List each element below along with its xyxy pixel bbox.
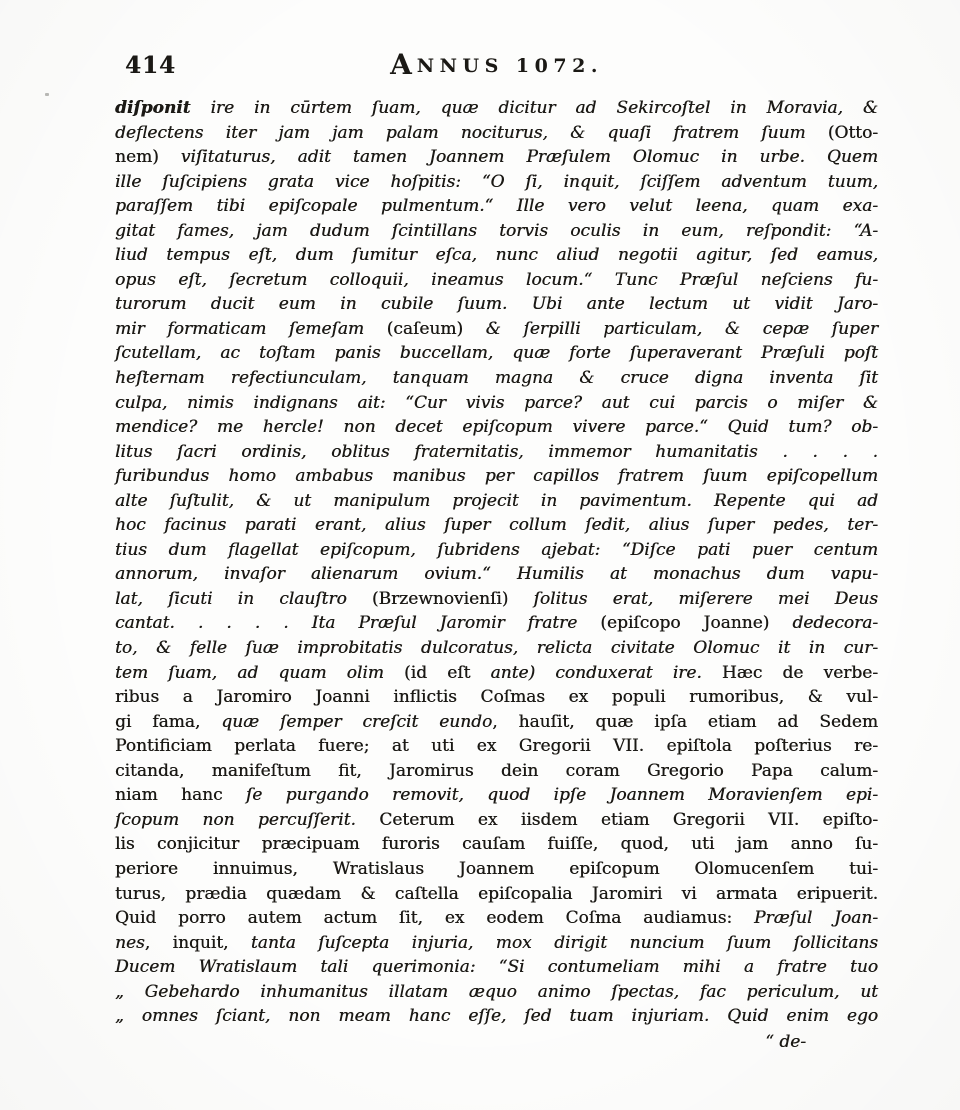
text-line: paraſſem tibi epiſcopale pulmentum.“ Ill… [115,194,878,219]
text-line: ille ſuſcipiens grata vice hoſpitis: “O … [115,170,878,195]
text-line: heſternam refectiunculam, tanquam magna … [115,366,878,391]
text-line: turus, prædia quædam & caſtella epiſcopa… [115,882,878,907]
text-line: „ Gebehardo inhumanitus illatam æquo ani… [115,980,878,1005]
text-segment: niam hanc [115,785,246,805]
text-segment: opus eſt, ſecretum colloquii, ineamus lo… [115,270,878,290]
text-line: mir formaticam ſemeſam (caſeum) & ſerpil… [115,317,878,342]
text-line: gi fama, quæ ſemper creſcit eundo, hauſi… [115,710,878,735]
text-line: Quid porro autem actum ſit, ex eodem Coſ… [115,906,878,931]
text-line: nes, inquit, tanta ſuſcepta injuria, mox… [115,931,878,956]
text-segment: ribus a Jaromiro Joanni inflictis Coſmas… [115,687,878,707]
text-segment: (id eſt [404,663,490,683]
text-segment: dedecora- [769,613,878,633]
text-segment: diſponit [115,98,191,118]
text-line: annorum, invaſor alienarum ovium.“ Humil… [115,562,878,587]
body-text: diſponit ire in cūrtem ſuam, quæ dicitur… [115,96,878,1054]
catchword: “ de- [115,1030,878,1055]
text-segment: turus, prædia quædam & caſtella epiſcopa… [115,884,878,904]
text-segment: lat, ſicuti in clauſtro [115,589,372,609]
text-segment: paraſſem tibi epiſcopale pulmentum.“ Ill… [115,196,878,216]
scanned-book-page: 414 Annus 1072. diſponit ire in cūrtem ſ… [0,0,960,1110]
text-segment: citanda, manifeſtum fit, Jaromirus dein … [115,761,878,781]
text-line: „ omnes ſciant, non meam hanc eſſe, ſed … [115,1004,878,1029]
text-line: ſcopum non percuſſerit. Ceterum ex iisde… [115,808,878,833]
text-line: alte ſuſtulit, & ut manipulum projecit i… [115,489,878,514]
text-segment: gitat fames, jam dudum ſcintillans torvi… [115,221,878,241]
text-segment: Præſul Joan- [754,908,878,928]
text-line: turorum ducit eum in cubile ſuum. Ubi an… [115,292,878,317]
text-line: culpa, nimis indignans ait: “Cur vivis p… [115,391,878,416]
text-segment: litus ſacri ordinis, oblitus fraternitat… [115,442,878,462]
page-header: 414 Annus 1072. [115,48,878,82]
text-line: lat, ſicuti in clauſtro (Brzewnovienſi) … [115,587,878,612]
text-segment: conduxerat ire. [535,663,722,683]
text-line: citanda, manifeſtum fit, Jaromirus dein … [115,759,878,784]
text-segment: heſternam refectiunculam, tanquam magna … [115,368,878,388]
text-segment: liud tempus eſt, dum ſumitur eſca, nunc … [115,245,878,265]
text-segment: periore innuimus, Wratislaus Joannem epi… [115,859,878,879]
text-segment: , inquit, [145,933,251,953]
text-line: furibundus homo ambabus manibus per capi… [115,464,878,489]
scan-speck [45,93,49,96]
text-segment: furibundus homo ambabus manibus per capi… [115,466,878,486]
text-segment: annorum, invaſor alienarum ovium.“ Humil… [115,564,878,584]
text-segment: ſcutellam, ac toſtam panis buccellam, qu… [115,343,878,363]
text-segment: nem) [115,147,159,167]
text-segment: Pontificiam perlata fuere; at uti ex Gre… [115,736,878,756]
text-segment: gi fama, [115,712,221,732]
text-segment: „ omnes ſciant, non meam hanc eſſe, ſed … [115,1006,878,1026]
text-segment: Ceterum ex iisdem etiam Gregorii VII. ep… [379,810,878,830]
text-segment: hoc facinus parati erant, alius ſuper co… [115,515,878,535]
text-segment: ante) [491,663,536,683]
text-line: tem ſuam, ad quam olim (id eſt ante) con… [115,661,878,686]
text-line: Pontificiam perlata fuere; at uti ex Gre… [115,734,878,759]
text-segment: (caſeum) [387,319,463,339]
text-segment: Ducem Wratislaum tali querimonia: “Si co… [115,957,878,977]
text-segment: culpa, nimis indignans ait: “Cur vivis p… [115,393,878,413]
text-segment: tius dum flagellat epiſcopum, ſubridens … [115,540,878,560]
text-segment: „ Gebehardo inhumanitus illatam æquo ani… [115,982,878,1002]
text-line: hoc facinus parati erant, alius ſuper co… [115,513,878,538]
text-segment: mendice? me hercle! non decet epiſcopum … [115,417,878,437]
text-segment: turorum ducit eum in cubile ſuum. Ubi an… [115,294,878,314]
text-line: niam hanc ſe purgando removit, quod ipſe… [115,783,878,808]
text-line: opus eſt, ſecretum colloquii, ineamus lo… [115,268,878,293]
text-segment: mir formaticam ſemeſam [115,319,387,339]
text-segment: deflectens iter jam jam palam nociturus,… [115,123,828,143]
text-segment: & ſerpilli particulam, & cepæ ſuper [463,319,878,339]
text-segment: to, & felle ſuæ improbitatis dulcoratus,… [115,638,878,658]
text-line: to, & felle ſuæ improbitatis dulcoratus,… [115,636,878,661]
text-line: deflectens iter jam jam palam nociturus,… [115,121,878,146]
text-segment: (epiſcopo Joanne) [600,613,769,633]
running-head-initial: A [390,48,417,81]
running-head-rest: nnus 1072. [417,55,603,77]
text-line: Ducem Wratislaum tali querimonia: “Si co… [115,955,878,980]
text-segment: (Otto- [828,123,878,143]
text-line: gitat fames, jam dudum ſcintillans torvi… [115,219,878,244]
text-segment: nes [115,933,145,953]
text-line: ribus a Jaromiro Joanni inflictis Coſmas… [115,685,878,710]
text-segment: ſcopum non percuſſerit. [115,810,379,830]
text-line: ſcutellam, ac toſtam panis buccellam, qu… [115,341,878,366]
running-head: Annus 1072. [115,48,878,81]
text-segment: viſitaturus, adit tamen Joannem Præſulem… [159,147,878,167]
text-segment: alte ſuſtulit, & ut manipulum projecit i… [115,491,878,511]
text-line: lis conjicitur præcipuam furoris cauſam … [115,832,878,857]
text-line: mendice? me hercle! non decet epiſcopum … [115,415,878,440]
text-segment: tem ſuam, ad quam olim [115,663,404,683]
text-line: diſponit ire in cūrtem ſuam, quæ dicitur… [115,96,878,121]
text-segment: ſolitus erat, miſerere mei Deus [508,589,878,609]
text-segment: lis conjicitur præcipuam furoris cauſam … [115,834,878,854]
text-segment: , hauſit, quæ ipſa etiam ad Sedem [492,712,878,732]
text-line: liud tempus eſt, dum ſumitur eſca, nunc … [115,243,878,268]
text-segment: cantat. . . . . Ita Præſul Jaromir fratr… [115,613,600,633]
text-line: tius dum flagellat epiſcopum, ſubridens … [115,538,878,563]
text-segment: ille ſuſcipiens grata vice hoſpitis: “O … [115,172,878,192]
text-line: periore innuimus, Wratislaus Joannem epi… [115,857,878,882]
text-segment: ſe purgando removit, quod ipſe Joannem M… [246,785,878,805]
text-line: cantat. . . . . Ita Præſul Jaromir fratr… [115,611,878,636]
text-segment: (Brzewnovienſi) [372,589,508,609]
text-line: litus ſacri ordinis, oblitus fraternitat… [115,440,878,465]
text-segment: quæ ſemper creſcit eundo [221,712,492,732]
text-segment: Hæc de verbe- [722,663,878,683]
text-segment: Quid porro autem actum ſit, ex eodem Coſ… [115,908,754,928]
text-segment: tanta ſuſcepta injuria, mox dirigit nunc… [251,933,878,953]
text-line: nem) viſitaturus, adit tamen Joannem Præ… [115,145,878,170]
text-segment: ire in cūrtem ſuam, quæ dicitur ad Sekir… [191,98,878,118]
